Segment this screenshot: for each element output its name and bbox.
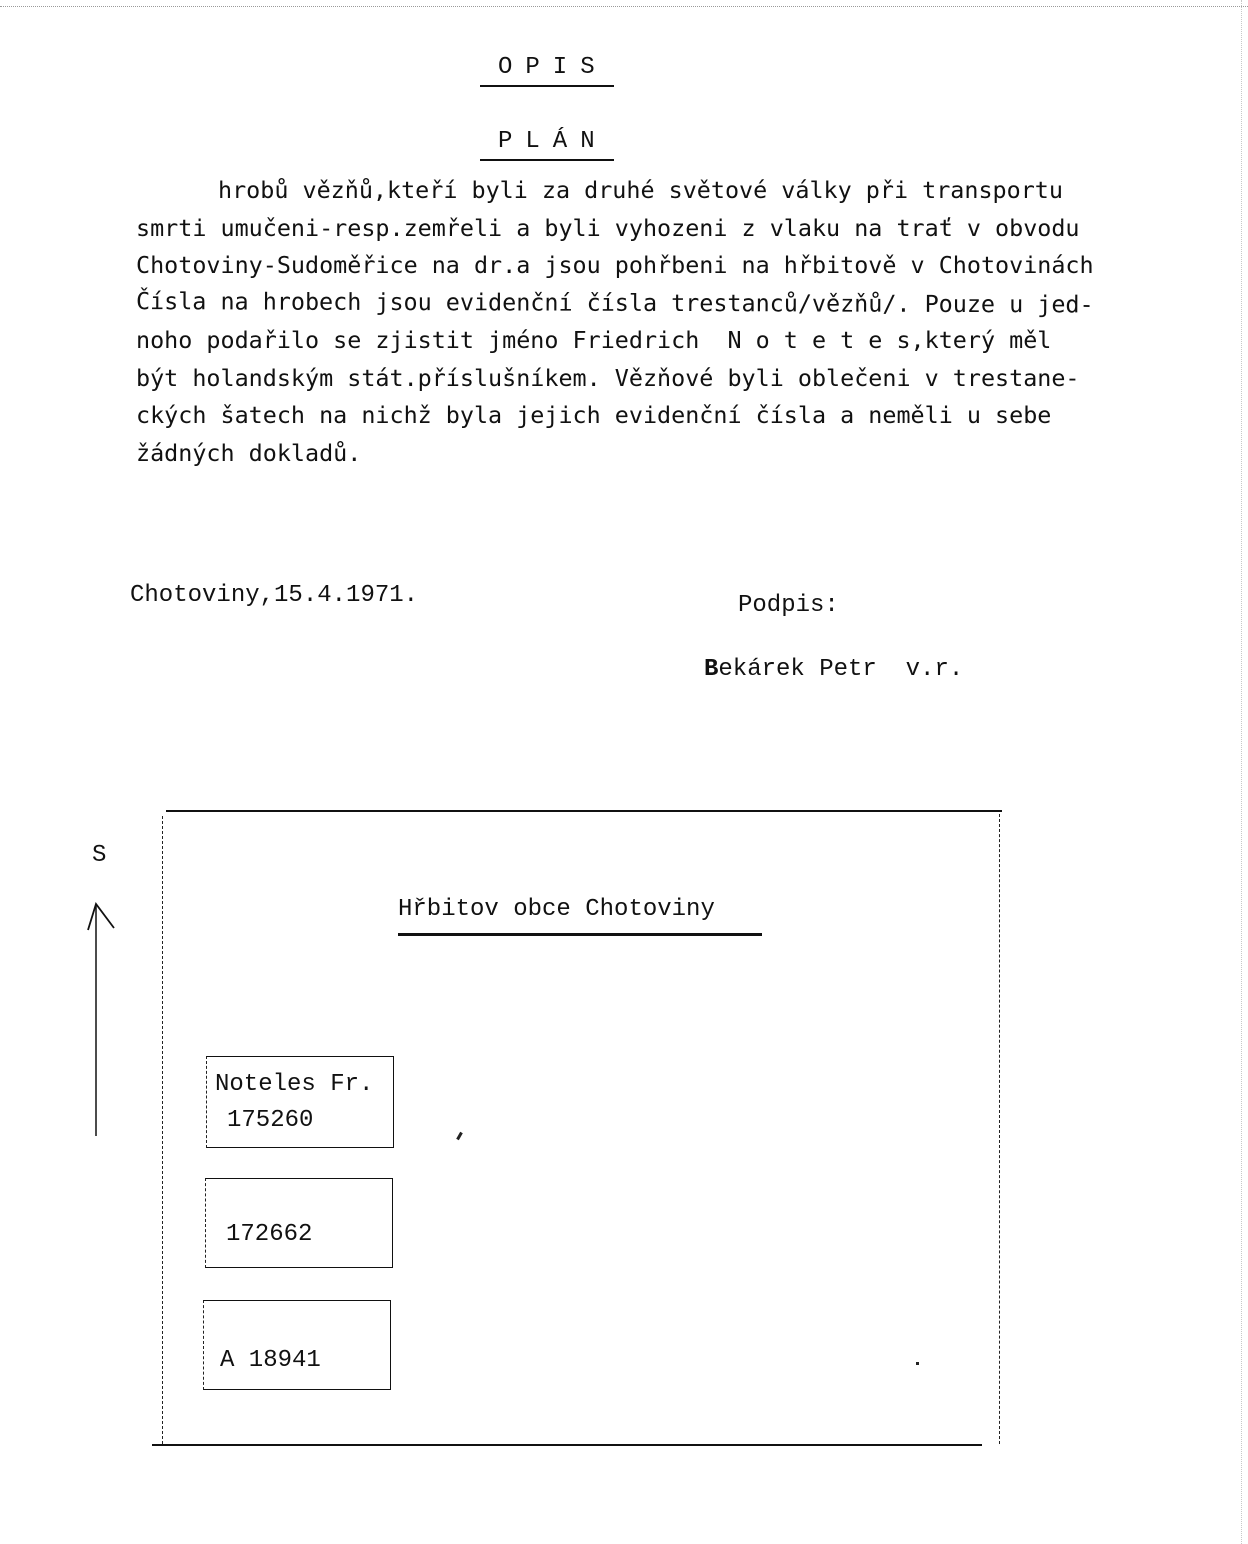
body-line: hrobů vězňů,kteří byli za druhé světové …: [136, 172, 1216, 210]
scan-edge-top: [0, 6, 1248, 7]
document-header: OPIS: [480, 54, 614, 87]
frame-left-edge: [162, 816, 163, 1444]
body-line: Čísla na hrobech jsou evidenční čísla tr…: [136, 283, 1216, 324]
north-label: S: [92, 842, 106, 869]
body-line: být holandským stát.příslušníkem. Vězňov…: [136, 360, 1216, 398]
grave-name: Noteles Fr.: [215, 1069, 373, 1101]
signature-name: Bekárek Petr v.r.: [704, 656, 963, 683]
grave-number: 175260: [227, 1105, 313, 1137]
frame-right-edge: [999, 814, 1000, 1444]
place-date: Chotoviny,15.4.1971.: [130, 582, 418, 609]
grave-box: Noteles Fr. 175260: [206, 1056, 394, 1148]
body-line: Chotoviny-Sudoměřice na dr.a jsou pohřbe…: [136, 247, 1216, 285]
document-title: PLÁN: [480, 128, 614, 161]
overtyped-initial: B: [704, 656, 718, 683]
body-paragraph: hrobů vězňů,kteří byli za druhé světové …: [136, 172, 1216, 472]
grave-box: 172662: [205, 1178, 393, 1268]
cemetery-title: Hřbitov obce Chotoviny: [398, 896, 762, 936]
body-line: noho podařilo se zjistit jméno Friedrich…: [136, 322, 1216, 360]
grave-number: 172662: [226, 1219, 312, 1251]
grave-box: A 18941: [203, 1300, 391, 1390]
grave-number: A 18941: [220, 1345, 321, 1377]
body-line: smrti umučeni-resp.zemřeli a byli vyhoze…: [136, 210, 1216, 248]
ink-speck: [916, 1362, 919, 1365]
north-arrow-icon: [84, 898, 124, 1138]
signature-suffix: v.r.: [906, 656, 964, 683]
body-line: ckých šatech na nichž byla jejich eviden…: [136, 397, 1216, 435]
frame-bottom-edge: [152, 1444, 982, 1446]
frame-top-edge: [166, 810, 1002, 812]
body-line: žádných dokladů.: [136, 435, 1216, 473]
scan-edge-right: [1241, 0, 1242, 1544]
signature-label: Podpis:: [738, 592, 839, 619]
signature-surname: ekárek Petr: [718, 656, 876, 683]
